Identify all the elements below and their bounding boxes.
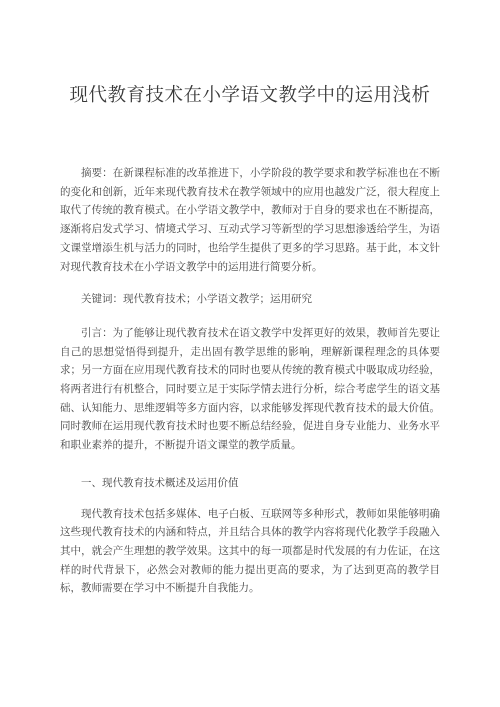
introduction-paragraph: 引言：为了能够让现代教育技术在语文教学中发挥更好的效果，教师首先要让自己的思想觉… [60,324,440,455]
keywords-line: 关键词：现代教育技术；小学语文教学；运用研究 [60,290,440,309]
document-content: 现代教育技术在小学语文教学中的运用浅析 摘要：在新课程标准的改革推进下，小学阶段… [60,84,440,598]
paper-title: 现代教育技术在小学语文教学中的运用浅析 [60,84,440,108]
section-heading: 一、现代教育技术概述及运用价值 [60,474,440,493]
section-paragraph: 现代教育技术包括多媒体、电子白板、互联网等多种形式，教师如果能够明确这些现代教育… [60,505,440,599]
document-page: 现代教育技术在小学语文教学中的运用浅析 摘要：在新课程标准的改革推进下，小学阶段… [0,0,500,707]
abstract-paragraph: 摘要：在新课程标准的改革推进下，小学阶段的教学要求和教学标准也在不断的变化和创新… [60,164,440,276]
